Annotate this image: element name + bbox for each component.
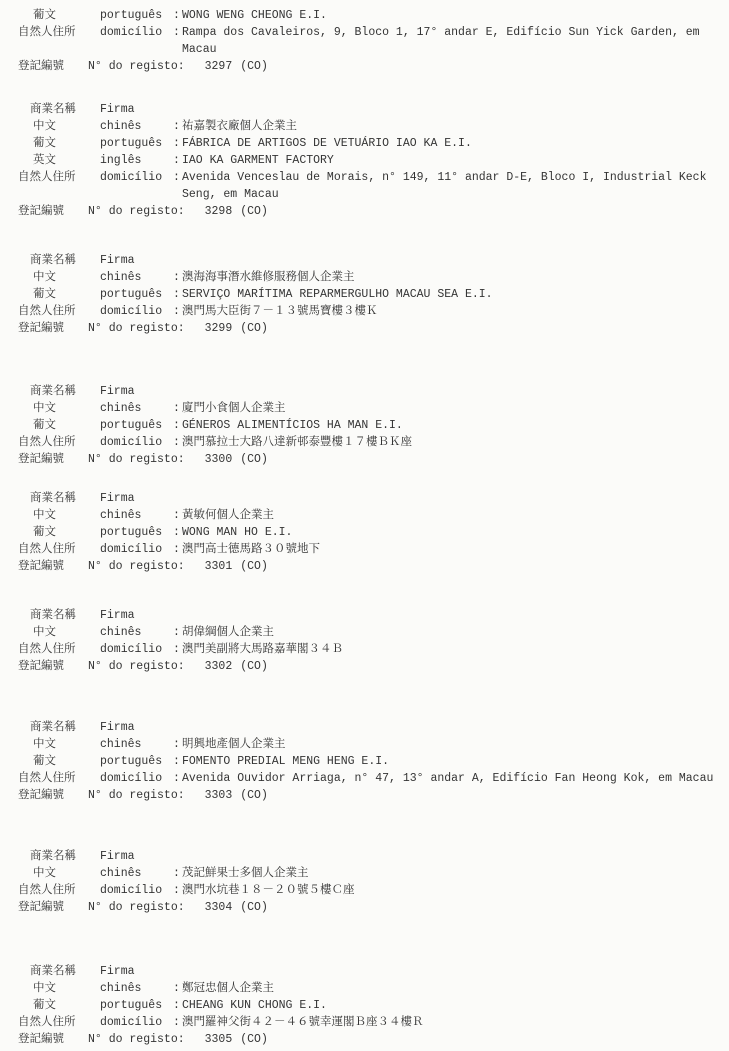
- field-row-domicile: 自然人住所domicílio:Avenida Ouvidor Arriaga, …: [18, 770, 729, 787]
- colon-separator: :: [173, 286, 182, 303]
- field-label-pt: domicílio: [100, 169, 173, 186]
- field-row-english: 英文inglês:IAO KA GARMENT FACTORY: [18, 152, 729, 169]
- registry-number: 3303: [185, 787, 233, 804]
- field-value-line: 胡偉綱個人企業主: [182, 624, 729, 641]
- registry-entry: 商業名稱Firma中文chinês:澳海海事潛水維修服務個人企業主葡文portu…: [18, 252, 729, 337]
- field-row-domicile: 自然人住所domicílio:澳門水坑巷１８－２０號５樓Ｃ座: [18, 882, 729, 899]
- field-value: WONG MAN HO E.I.: [182, 524, 729, 541]
- registry-number: 3305: [185, 1031, 233, 1048]
- field-value: GÉNEROS ALIMENTÍCIOS HA MAN E.I.: [182, 417, 729, 434]
- field-value: 茂記鮮果士多個人企業主: [182, 865, 729, 882]
- field-label-zh: 自然人住所: [18, 24, 100, 41]
- registry-label-pt: N° do registo:: [88, 320, 185, 337]
- field-label-zh: 葡文: [18, 135, 100, 152]
- colon-separator: :: [173, 980, 182, 997]
- registry-label-zh: 登記編號: [18, 787, 88, 804]
- field-row-domicile: 自然人住所domicílio:澳門羅神父街４２－４６號幸運閣Ｂ座３４樓Ｒ: [18, 1014, 729, 1031]
- field-value-line: FÁBRICA DE ARTIGOS DE VETUÁRIO IAO KA E.…: [182, 135, 729, 152]
- registry-entries-list: 葡文português:WONG WENG CHEONG E.I.自然人住所do…: [18, 7, 729, 1048]
- registry-suffix: (CO): [232, 558, 268, 575]
- registry-suffix: (CO): [232, 658, 268, 675]
- entry-header-row: 商業名稱Firma: [18, 607, 729, 624]
- registry-number-row: 登記編號N° do registo:3305(CO): [18, 1031, 729, 1048]
- field-value: 明興地產個人企業主: [182, 736, 729, 753]
- firm-label-zh: 商業名稱: [18, 101, 100, 118]
- field-value: 鄭冠忠個人企業主: [182, 980, 729, 997]
- registry-number-row: 登記編號N° do registo:3302(CO): [18, 658, 729, 675]
- field-value: IAO KA GARMENT FACTORY: [182, 152, 729, 169]
- registry-entry: 商業名稱Firma中文chinês:胡偉綱個人企業主自然人住所domicílio…: [18, 607, 729, 675]
- field-label-pt: inglês: [100, 152, 173, 169]
- field-label-pt: chinês: [100, 865, 173, 882]
- field-value-line: WONG WENG CHEONG E.I.: [182, 7, 729, 24]
- field-label-pt: domicílio: [100, 541, 173, 558]
- entry-header-row: 商業名稱Firma: [18, 963, 729, 980]
- registry-number-row: 登記編號N° do registo:3303(CO): [18, 787, 729, 804]
- field-label-zh: 自然人住所: [18, 169, 100, 186]
- field-label-pt: português: [100, 135, 173, 152]
- field-label-pt: português: [100, 286, 173, 303]
- field-row-chinese: 中文chinês:黃敏何個人企業主: [18, 507, 729, 524]
- colon-separator: :: [173, 753, 182, 770]
- colon-separator: :: [173, 882, 182, 899]
- field-label-pt: chinês: [100, 736, 173, 753]
- field-label-zh: 自然人住所: [18, 434, 100, 451]
- registry-label-zh: 登記編號: [18, 1031, 88, 1048]
- registry-entry: 商業名稱Firma中文chinês:明興地產個人企業主葡文português:F…: [18, 719, 729, 804]
- field-value: Rampa dos Cavaleiros, 9, Bloco 1, 17° an…: [182, 24, 729, 58]
- field-value-line: Avenida Venceslau de Morais, n° 149, 11°…: [182, 169, 729, 186]
- field-label-zh: 自然人住所: [18, 770, 100, 787]
- field-value-line: 鄭冠忠個人企業主: [182, 980, 729, 997]
- registry-entry: 商業名稱Firma中文chinês:茂記鮮果士多個人企業主自然人住所domicí…: [18, 848, 729, 916]
- colon-separator: :: [173, 417, 182, 434]
- firm-label-pt: Firma: [100, 101, 173, 118]
- registry-suffix: (CO): [232, 203, 268, 220]
- field-label-pt: chinês: [100, 400, 173, 417]
- field-label-zh: 中文: [18, 865, 100, 882]
- colon-separator: :: [173, 269, 182, 286]
- registry-number: 3299: [185, 320, 233, 337]
- field-label-zh: 中文: [18, 269, 100, 286]
- registry-label-zh: 登記編號: [18, 558, 88, 575]
- colon-separator: :: [173, 1014, 182, 1031]
- registry-label-zh: 登記編號: [18, 320, 88, 337]
- field-row-portuguese: 葡文português:SERVIÇO MARÍTIMA REPARMERGUL…: [18, 286, 729, 303]
- field-value: 澳門高士德馬路３０號地下: [182, 541, 729, 558]
- registry-entry: 葡文português:WONG WENG CHEONG E.I.自然人住所do…: [18, 7, 729, 75]
- colon-separator: :: [173, 624, 182, 641]
- field-label-zh: 中文: [18, 118, 100, 135]
- field-value-line: WONG MAN HO E.I.: [182, 524, 729, 541]
- field-label-zh: 中文: [18, 624, 100, 641]
- colon-separator: :: [173, 770, 182, 787]
- field-value-line: IAO KA GARMENT FACTORY: [182, 152, 729, 169]
- registry-suffix: (CO): [232, 451, 268, 468]
- field-value-line: Macau: [182, 41, 729, 58]
- field-row-chinese: 中文chinês:鄭冠忠個人企業主: [18, 980, 729, 997]
- field-label-zh: 中文: [18, 980, 100, 997]
- firm-label-zh: 商業名稱: [18, 383, 100, 400]
- field-label-zh: 葡文: [18, 524, 100, 541]
- colon-separator: :: [173, 118, 182, 135]
- firm-label-pt: Firma: [100, 607, 173, 624]
- registry-number: 3301: [185, 558, 233, 575]
- field-row-domicile: 自然人住所domicílio:澳門美副將大馬路嘉華閣３４Ｂ: [18, 641, 729, 658]
- field-value-line: CHEANG KUN CHONG E.I.: [182, 997, 729, 1014]
- field-label-pt: chinês: [100, 118, 173, 135]
- field-row-domicile: 自然人住所domicílio:澳門高士德馬路３０號地下: [18, 541, 729, 558]
- registry-number-row: 登記編號N° do registo:3299(CO): [18, 320, 729, 337]
- field-value-line: 澳門美副將大馬路嘉華閣３４Ｂ: [182, 641, 729, 658]
- colon-separator: :: [173, 303, 182, 320]
- firm-label-zh: 商業名稱: [18, 490, 100, 507]
- field-value: CHEANG KUN CHONG E.I.: [182, 997, 729, 1014]
- registry-label-pt: N° do registo:: [88, 58, 185, 75]
- colon-separator: :: [173, 434, 182, 451]
- registry-suffix: (CO): [232, 787, 268, 804]
- firm-label-pt: Firma: [100, 490, 173, 507]
- field-label-zh: 葡文: [18, 997, 100, 1014]
- entry-header-row: 商業名稱Firma: [18, 719, 729, 736]
- field-label-pt: domicílio: [100, 24, 173, 41]
- field-row-chinese: 中文chinês:明興地產個人企業主: [18, 736, 729, 753]
- registry-entry: 商業名稱Firma中文chinês:祐嘉製衣廠個人企業主葡文português:…: [18, 101, 729, 220]
- field-label-pt: português: [100, 997, 173, 1014]
- field-row-chinese: 中文chinês:澳海海事潛水維修服務個人企業主: [18, 269, 729, 286]
- field-row-chinese: 中文chinês:祐嘉製衣廠個人企業主: [18, 118, 729, 135]
- firm-label-pt: Firma: [100, 719, 173, 736]
- registry-label-pt: N° do registo:: [88, 451, 185, 468]
- field-value-line: 澳海海事潛水維修服務個人企業主: [182, 269, 729, 286]
- field-row-portuguese: 葡文português:WONG WENG CHEONG E.I.: [18, 7, 729, 24]
- field-value: Avenida Ouvidor Arriaga, n° 47, 13° anda…: [182, 770, 729, 787]
- registry-suffix: (CO): [232, 58, 268, 75]
- field-label-pt: chinês: [100, 269, 173, 286]
- registry-number-row: 登記編號N° do registo:3298(CO): [18, 203, 729, 220]
- registry-suffix: (CO): [232, 320, 268, 337]
- colon-separator: :: [173, 400, 182, 417]
- field-label-pt: português: [100, 753, 173, 770]
- firm-label-zh: 商業名稱: [18, 719, 100, 736]
- entry-header-row: 商業名稱Firma: [18, 490, 729, 507]
- field-row-chinese: 中文chinês:茂記鮮果士多個人企業主: [18, 865, 729, 882]
- field-value-line: FOMENTO PREDIAL MENG HENG E.I.: [182, 753, 729, 770]
- field-value: 澳門羅神父街４２－４６號幸運閣Ｂ座３４樓Ｒ: [182, 1014, 729, 1031]
- colon-separator: :: [173, 524, 182, 541]
- field-label-pt: chinês: [100, 624, 173, 641]
- registry-entry: 商業名稱Firma中文chinês:鄭冠忠個人企業主葡文português:CH…: [18, 963, 729, 1048]
- field-label-pt: domicílio: [100, 770, 173, 787]
- field-value-line: 澳門水坑巷１８－２０號５樓Ｃ座: [182, 882, 729, 899]
- field-value-line: 澳門高士德馬路３０號地下: [182, 541, 729, 558]
- registry-label-zh: 登記編號: [18, 58, 88, 75]
- field-row-domicile: 自然人住所domicílio:Avenida Venceslau de Mora…: [18, 169, 729, 203]
- field-value-line: Seng, em Macau: [182, 186, 729, 203]
- field-row-portuguese: 葡文português:WONG MAN HO E.I.: [18, 524, 729, 541]
- registry-number: 3304: [185, 899, 233, 916]
- field-label-zh: 自然人住所: [18, 303, 100, 320]
- field-value: 澳門慕拉士大路八達新邨泰豐樓１７樓ＢＫ座: [182, 434, 729, 451]
- field-value: Avenida Venceslau de Morais, n° 149, 11°…: [182, 169, 729, 203]
- field-value-line: GÉNEROS ALIMENTÍCIOS HA MAN E.I.: [182, 417, 729, 434]
- field-label-pt: domicílio: [100, 303, 173, 320]
- field-value-line: 祐嘉製衣廠個人企業主: [182, 118, 729, 135]
- field-value-line: Rampa dos Cavaleiros, 9, Bloco 1, 17° an…: [182, 24, 729, 41]
- entry-header-row: 商業名稱Firma: [18, 101, 729, 118]
- entry-header-row: 商業名稱Firma: [18, 848, 729, 865]
- field-label-zh: 自然人住所: [18, 641, 100, 658]
- firm-label-pt: Firma: [100, 848, 173, 865]
- field-row-portuguese: 葡文português:CHEANG KUN CHONG E.I.: [18, 997, 729, 1014]
- colon-separator: :: [173, 507, 182, 524]
- field-value-line: Avenida Ouvidor Arriaga, n° 47, 13° anda…: [182, 770, 729, 787]
- scanned-registry-page: 葡文português:WONG WENG CHEONG E.I.自然人住所do…: [0, 7, 729, 1051]
- registry-label-pt: N° do registo:: [88, 1031, 185, 1048]
- field-label-pt: português: [100, 524, 173, 541]
- entry-header-row: 商業名稱Firma: [18, 252, 729, 269]
- field-label-zh: 自然人住所: [18, 882, 100, 899]
- colon-separator: :: [173, 152, 182, 169]
- field-label-zh: 葡文: [18, 417, 100, 434]
- field-value-line: 明興地產個人企業主: [182, 736, 729, 753]
- registry-label-zh: 登記編號: [18, 899, 88, 916]
- registry-number-row: 登記編號N° do registo:3304(CO): [18, 899, 729, 916]
- field-label-zh: 中文: [18, 507, 100, 524]
- firm-label-pt: Firma: [100, 383, 173, 400]
- registry-label-pt: N° do registo:: [88, 787, 185, 804]
- colon-separator: :: [173, 169, 182, 186]
- colon-separator: :: [173, 997, 182, 1014]
- registry-suffix: (CO): [232, 899, 268, 916]
- field-label-zh: 葡文: [18, 7, 100, 24]
- field-label-pt: português: [100, 7, 173, 24]
- registry-number-row: 登記編號N° do registo:3300(CO): [18, 451, 729, 468]
- registry-number: 3302: [185, 658, 233, 675]
- colon-separator: :: [173, 541, 182, 558]
- field-value: 澳門水坑巷１８－２０號５樓Ｃ座: [182, 882, 729, 899]
- field-row-domicile: 自然人住所domicílio:Rampa dos Cavaleiros, 9, …: [18, 24, 729, 58]
- colon-separator: :: [173, 24, 182, 41]
- field-value: 黃敏何個人企業主: [182, 507, 729, 524]
- field-value-line: SERVIÇO MARÍTIMA REPARMERGULHO MACAU SEA…: [182, 286, 729, 303]
- firm-label-zh: 商業名稱: [18, 252, 100, 269]
- colon-separator: :: [173, 7, 182, 24]
- field-row-domicile: 自然人住所domicílio:澳門慕拉士大路八達新邨泰豐樓１７樓ＢＫ座: [18, 434, 729, 451]
- field-value-line: 黃敏何個人企業主: [182, 507, 729, 524]
- field-label-zh: 自然人住所: [18, 541, 100, 558]
- firm-label-pt: Firma: [100, 252, 173, 269]
- field-label-zh: 葡文: [18, 753, 100, 770]
- field-value-line: 澳門馬大臣街７－１３號馬寶樓３樓Ｋ: [182, 303, 729, 320]
- colon-separator: :: [173, 736, 182, 753]
- colon-separator: :: [173, 135, 182, 152]
- registry-number: 3297: [185, 58, 233, 75]
- field-row-domicile: 自然人住所domicílio:澳門馬大臣街７－１３號馬寶樓３樓Ｋ: [18, 303, 729, 320]
- firm-label-pt: Firma: [100, 963, 173, 980]
- registry-label-zh: 登記編號: [18, 658, 88, 675]
- field-row-chinese: 中文chinês:廈門小食個人企業主: [18, 400, 729, 417]
- registry-number-row: 登記編號N° do registo:3297(CO): [18, 58, 729, 75]
- registry-entry: 商業名稱Firma中文chinês:廈門小食個人企業主葡文português:G…: [18, 383, 729, 468]
- registry-label-pt: N° do registo:: [88, 658, 185, 675]
- firm-label-zh: 商業名稱: [18, 848, 100, 865]
- registry-number: 3298: [185, 203, 233, 220]
- field-value: 祐嘉製衣廠個人企業主: [182, 118, 729, 135]
- field-value: 澳海海事潛水維修服務個人企業主: [182, 269, 729, 286]
- registry-label-zh: 登記編號: [18, 451, 88, 468]
- field-label-zh: 英文: [18, 152, 100, 169]
- field-label-zh: 自然人住所: [18, 1014, 100, 1031]
- field-label-pt: português: [100, 417, 173, 434]
- registry-label-pt: N° do registo:: [88, 558, 185, 575]
- field-value: 澳門馬大臣街７－１３號馬寶樓３樓Ｋ: [182, 303, 729, 320]
- registry-label-pt: N° do registo:: [88, 203, 185, 220]
- registry-label-zh: 登記編號: [18, 203, 88, 220]
- field-value: SERVIÇO MARÍTIMA REPARMERGULHO MACAU SEA…: [182, 286, 729, 303]
- field-value-line: 茂記鮮果士多個人企業主: [182, 865, 729, 882]
- field-value: FÁBRICA DE ARTIGOS DE VETUÁRIO IAO KA E.…: [182, 135, 729, 152]
- field-label-pt: chinês: [100, 507, 173, 524]
- field-value-line: 廈門小食個人企業主: [182, 400, 729, 417]
- field-value-line: 澳門羅神父街４２－４６號幸運閣Ｂ座３４樓Ｒ: [182, 1014, 729, 1031]
- field-value-line: 澳門慕拉士大路八達新邨泰豐樓１７樓ＢＫ座: [182, 434, 729, 451]
- registry-entry: 商業名稱Firma中文chinês:黃敏何個人企業主葡文português:WO…: [18, 490, 729, 575]
- field-label-pt: domicílio: [100, 434, 173, 451]
- field-label-pt: chinês: [100, 980, 173, 997]
- field-label-pt: domicílio: [100, 641, 173, 658]
- field-value: 胡偉綱個人企業主: [182, 624, 729, 641]
- registry-number: 3300: [185, 451, 233, 468]
- field-label-pt: domicílio: [100, 882, 173, 899]
- field-row-portuguese: 葡文português:GÉNEROS ALIMENTÍCIOS HA MAN …: [18, 417, 729, 434]
- field-value: WONG WENG CHEONG E.I.: [182, 7, 729, 24]
- colon-separator: :: [173, 865, 182, 882]
- firm-label-zh: 商業名稱: [18, 963, 100, 980]
- colon-separator: :: [173, 641, 182, 658]
- field-row-portuguese: 葡文português:FOMENTO PREDIAL MENG HENG E.…: [18, 753, 729, 770]
- field-label-pt: domicílio: [100, 1014, 173, 1031]
- field-value: 澳門美副將大馬路嘉華閣３４Ｂ: [182, 641, 729, 658]
- field-value: 廈門小食個人企業主: [182, 400, 729, 417]
- registry-label-pt: N° do registo:: [88, 899, 185, 916]
- entry-header-row: 商業名稱Firma: [18, 383, 729, 400]
- field-row-portuguese: 葡文português:FÁBRICA DE ARTIGOS DE VETUÁR…: [18, 135, 729, 152]
- registry-suffix: (CO): [232, 1031, 268, 1048]
- field-value: FOMENTO PREDIAL MENG HENG E.I.: [182, 753, 729, 770]
- registry-number-row: 登記編號N° do registo:3301(CO): [18, 558, 729, 575]
- field-label-zh: 中文: [18, 736, 100, 753]
- field-row-chinese: 中文chinês:胡偉綱個人企業主: [18, 624, 729, 641]
- firm-label-zh: 商業名稱: [18, 607, 100, 624]
- field-label-zh: 中文: [18, 400, 100, 417]
- field-label-zh: 葡文: [18, 286, 100, 303]
